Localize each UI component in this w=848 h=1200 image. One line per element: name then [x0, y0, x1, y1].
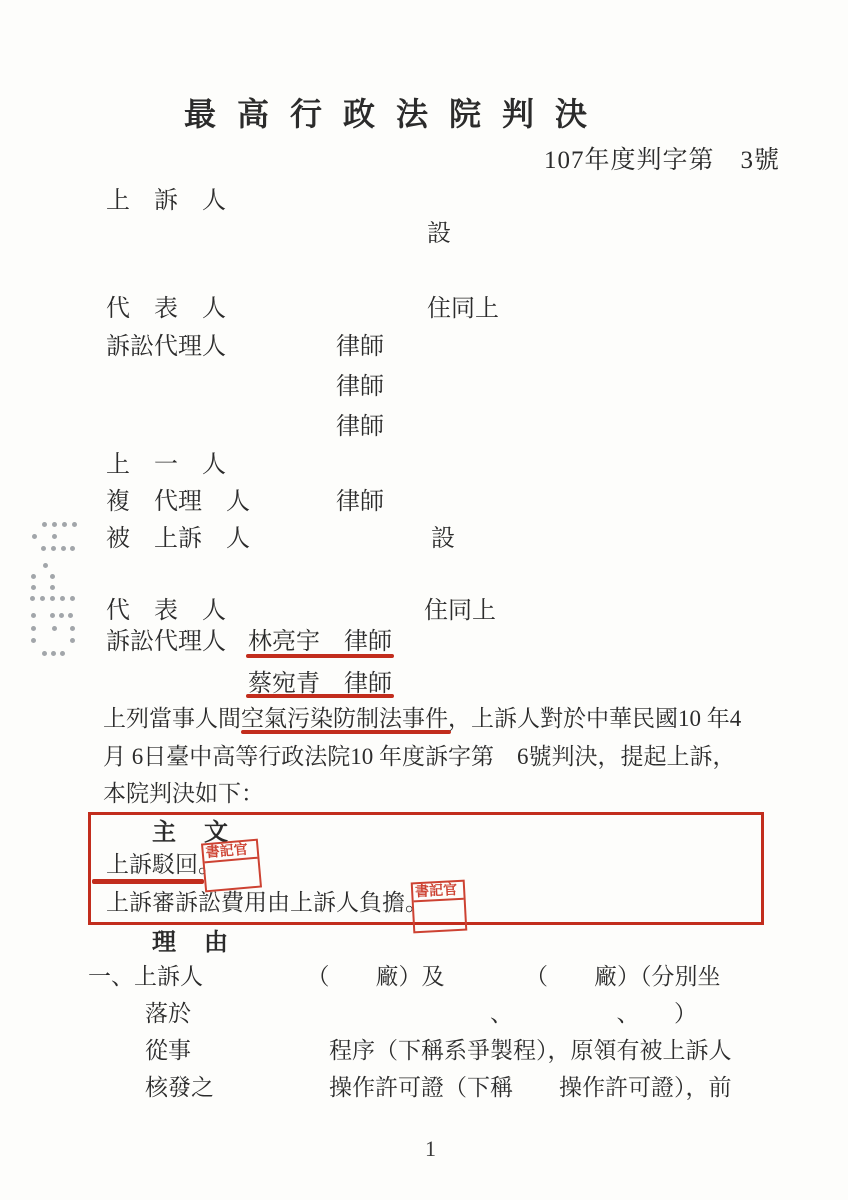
scan-dot: [40, 596, 45, 601]
scan-dot: [72, 522, 77, 527]
counsel2-name-1: 林亮宇 律師: [248, 628, 392, 657]
scan-dot: [41, 546, 46, 551]
appellant-label: 上 訴 人: [106, 187, 226, 216]
counsel1-row-2: 律師: [336, 373, 384, 402]
scan-dot: [50, 574, 55, 579]
scan-dot: [52, 534, 57, 539]
page-title: 最高行政法院判決: [184, 95, 608, 133]
sub-agent-label: 複 代理 人: [106, 488, 250, 517]
scan-dot: [31, 613, 36, 618]
reason-line-4: 核發之 操作許可證（下稱 操作許可證），前: [145, 1074, 732, 1102]
scan-dot: [52, 626, 57, 631]
scan-dot: [43, 563, 48, 568]
clerk-stamp-2: 書記官: [411, 880, 468, 934]
scan-dot: [50, 613, 55, 618]
counsel1-row-1: 律師: [336, 333, 384, 362]
scan-dot: [70, 546, 75, 551]
scan-dot: [32, 534, 37, 539]
clerk-stamp-2-label: 書記官: [413, 882, 464, 903]
clerk-stamp-1-label: 書記官: [203, 841, 257, 864]
intro-line-1: 上列當事人間空氣污染防制法事件，上訴人對於中華民國10 年4: [103, 705, 741, 733]
representative2-label: 代 表 人: [106, 597, 226, 626]
scan-dot: [31, 638, 36, 643]
reason-line-2: 落於 、 、 ）: [145, 1000, 697, 1028]
scan-dot: [31, 574, 36, 579]
scan-dot: [70, 626, 75, 631]
scan-dot: [61, 546, 66, 551]
counsel1-label: 訴訟代理人: [106, 333, 226, 362]
scan-dot: [68, 613, 73, 618]
counsel1-row-3: 律師: [336, 413, 384, 442]
clerk-stamp-1: 書記官: [201, 839, 262, 893]
reason-heading: 理 由: [152, 929, 230, 958]
red-underline-counsel-name-1: [246, 654, 394, 658]
scan-dot: [51, 546, 56, 551]
scan-dot: [60, 651, 65, 656]
intro-line-3: 本院判決如下：: [103, 780, 264, 808]
red-underline-counsel-name-2: [246, 694, 394, 698]
court-judgment-scan: 最高行政法院判決 107年度判字第 3號 上 訴 人 設 代 表 人 住同上 訴…: [0, 0, 848, 1200]
sub-agent-value: 律師: [336, 488, 384, 517]
main-text-line-2: 上訴審訴訟費用由上訴人負擔。: [106, 889, 428, 917]
same-person-label: 上 一 人: [106, 451, 226, 480]
scan-dot: [70, 596, 75, 601]
intro-line-2: 月 6日臺中高等行政法院10 年度訴字第 6號判決，提起上訴，: [103, 743, 736, 771]
scan-dot: [70, 638, 75, 643]
scan-dot: [42, 522, 47, 527]
reason-line-1: 一、上訴人 （ 廠）及 （ 廠）（分別坐: [88, 963, 721, 991]
page-number: 1: [425, 1136, 436, 1162]
scan-dot: [50, 585, 55, 590]
representative1-label: 代 表 人: [106, 295, 226, 324]
counsel2-label: 訴訟代理人: [106, 628, 226, 657]
scan-dot: [31, 585, 36, 590]
scan-dot: [52, 522, 57, 527]
scan-dot: [42, 651, 47, 656]
appellee-label: 被 上訴 人: [106, 525, 250, 554]
scan-dot: [50, 596, 55, 601]
scan-dot: [59, 613, 64, 618]
case-number: 107年度判字第 3號: [544, 146, 780, 176]
appellant-address-redacted: 設: [427, 220, 451, 249]
representative1-value: 住同上: [427, 295, 499, 324]
scan-dot: [60, 596, 65, 601]
scan-dot: [62, 522, 67, 527]
scan-dot: [30, 596, 35, 601]
scan-dot: [51, 651, 56, 656]
reason-line-3: 從事 程序（下稱系爭製程），原領有被上訴人: [145, 1037, 732, 1065]
scan-dot: [31, 626, 36, 631]
appellee-address-redacted: 設: [431, 525, 455, 554]
representative2-value: 住同上: [424, 597, 496, 626]
